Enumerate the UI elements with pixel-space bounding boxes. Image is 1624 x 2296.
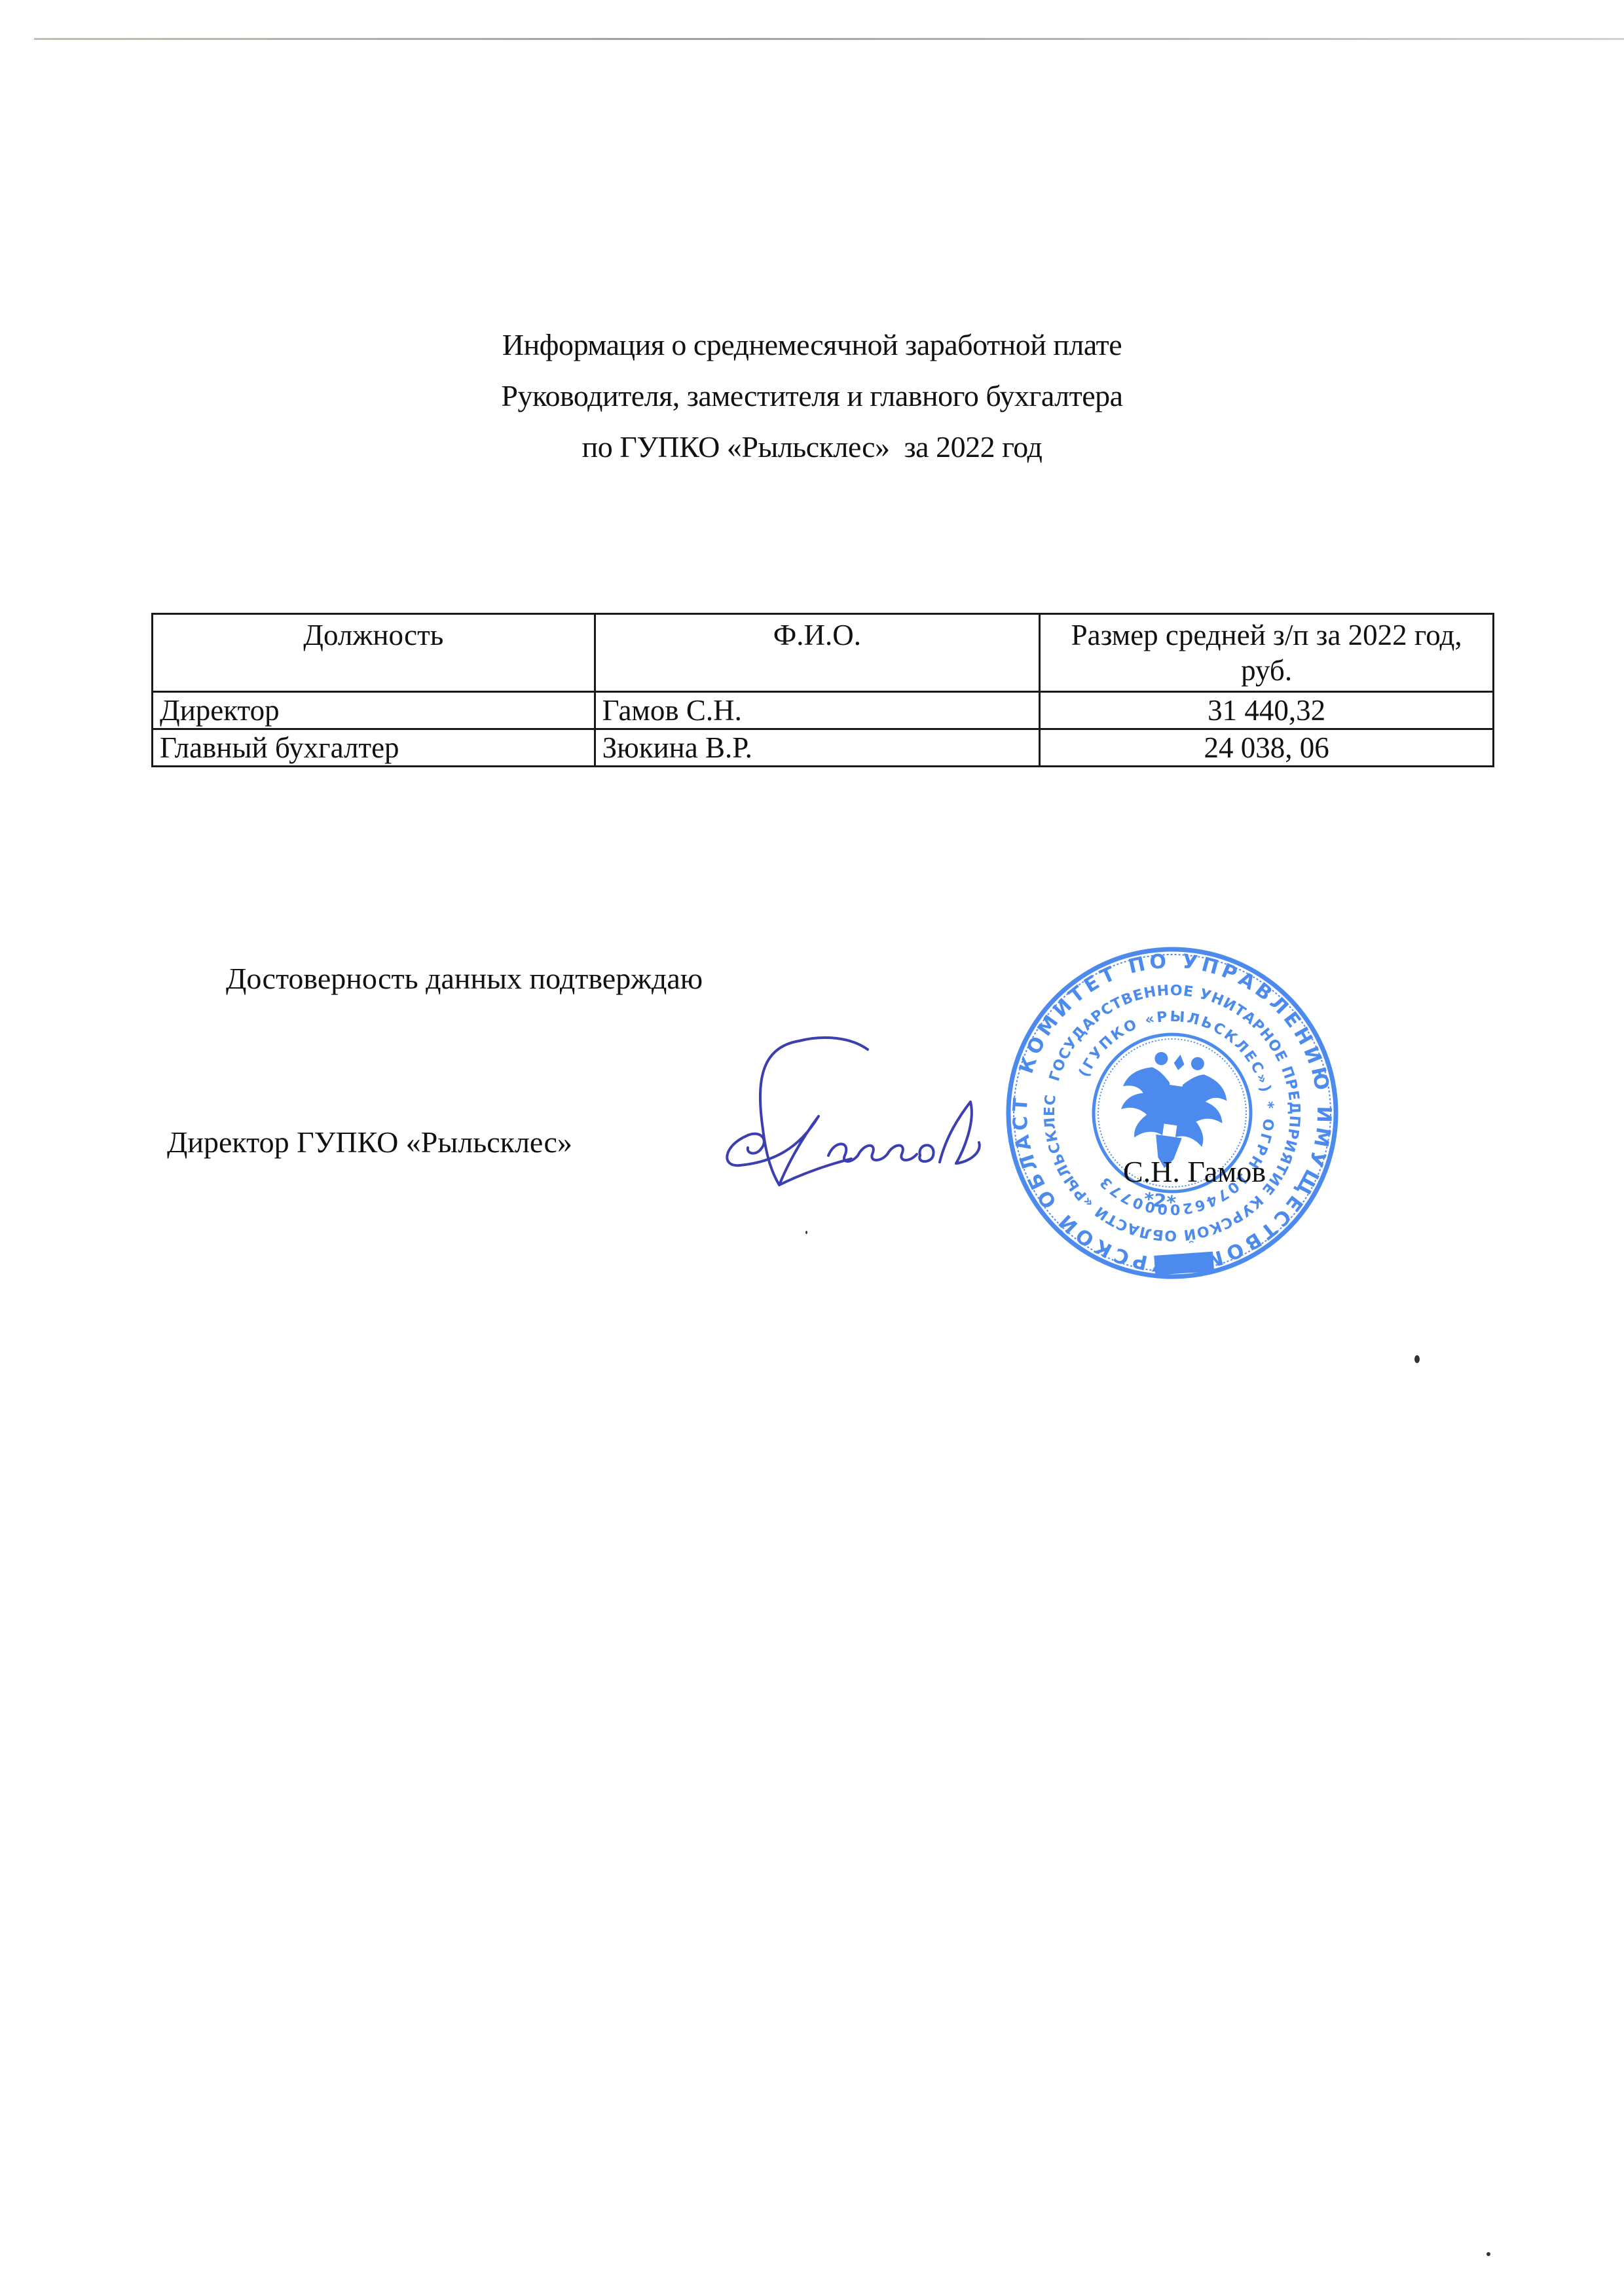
document-title: Информация о среднемесячной заработной п… bbox=[0, 319, 1624, 473]
header-position: Должность bbox=[153, 614, 595, 692]
stamp-smudge bbox=[1154, 1252, 1214, 1275]
cell-name: Гамов С.Н. bbox=[595, 692, 1040, 729]
header-amount: Размер средней з/п за 2022 год, руб. bbox=[1040, 614, 1494, 692]
title-line-2: Руководителя, заместителя и главного бух… bbox=[0, 371, 1624, 422]
cell-amount: 31 440,32 bbox=[1040, 692, 1494, 729]
scan-speck bbox=[805, 1231, 807, 1234]
salary-table: Должность Ф.И.О. Размер средней з/п за 2… bbox=[151, 613, 1494, 767]
title-line-1: Информация о среднемесячной заработной п… bbox=[0, 319, 1624, 371]
table-row: Главный бухгалтер Зюкина В.Р. 24 038, 06 bbox=[153, 729, 1494, 767]
official-stamp: КОМИТЕТ ПО УПРАВЛЕНИЮ ИМУЩЕСТВОМ КУРСКОЙ… bbox=[980, 920, 1364, 1305]
confirmation-text: Достоверность данных подтверждаю bbox=[226, 961, 703, 996]
signer-title: Директор ГУПКО «Рыльсклес» bbox=[167, 1125, 572, 1159]
stamp-center-mark: *2* bbox=[1143, 1188, 1177, 1214]
signer-name: С.Н. Гамов bbox=[1123, 1154, 1266, 1189]
table-header-row: Должность Ф.И.О. Размер средней з/п за 2… bbox=[153, 614, 1494, 692]
table-row: Директор Гамов С.Н. 31 440,32 bbox=[153, 692, 1494, 729]
header-name: Ф.И.О. bbox=[595, 614, 1040, 692]
title-line-3: по ГУПКО «Рыльсклес» за 2022 год bbox=[0, 422, 1624, 473]
scan-speck bbox=[1414, 1355, 1420, 1363]
cell-position: Директор bbox=[153, 692, 595, 729]
cell-position: Главный бухгалтер bbox=[153, 729, 595, 767]
cell-amount: 24 038, 06 bbox=[1040, 729, 1494, 767]
scan-edge-line bbox=[34, 38, 1624, 40]
scan-speck bbox=[1486, 2252, 1490, 2256]
cell-name: Зюкина В.Р. bbox=[595, 729, 1040, 767]
handwritten-signature-icon bbox=[720, 1025, 995, 1195]
